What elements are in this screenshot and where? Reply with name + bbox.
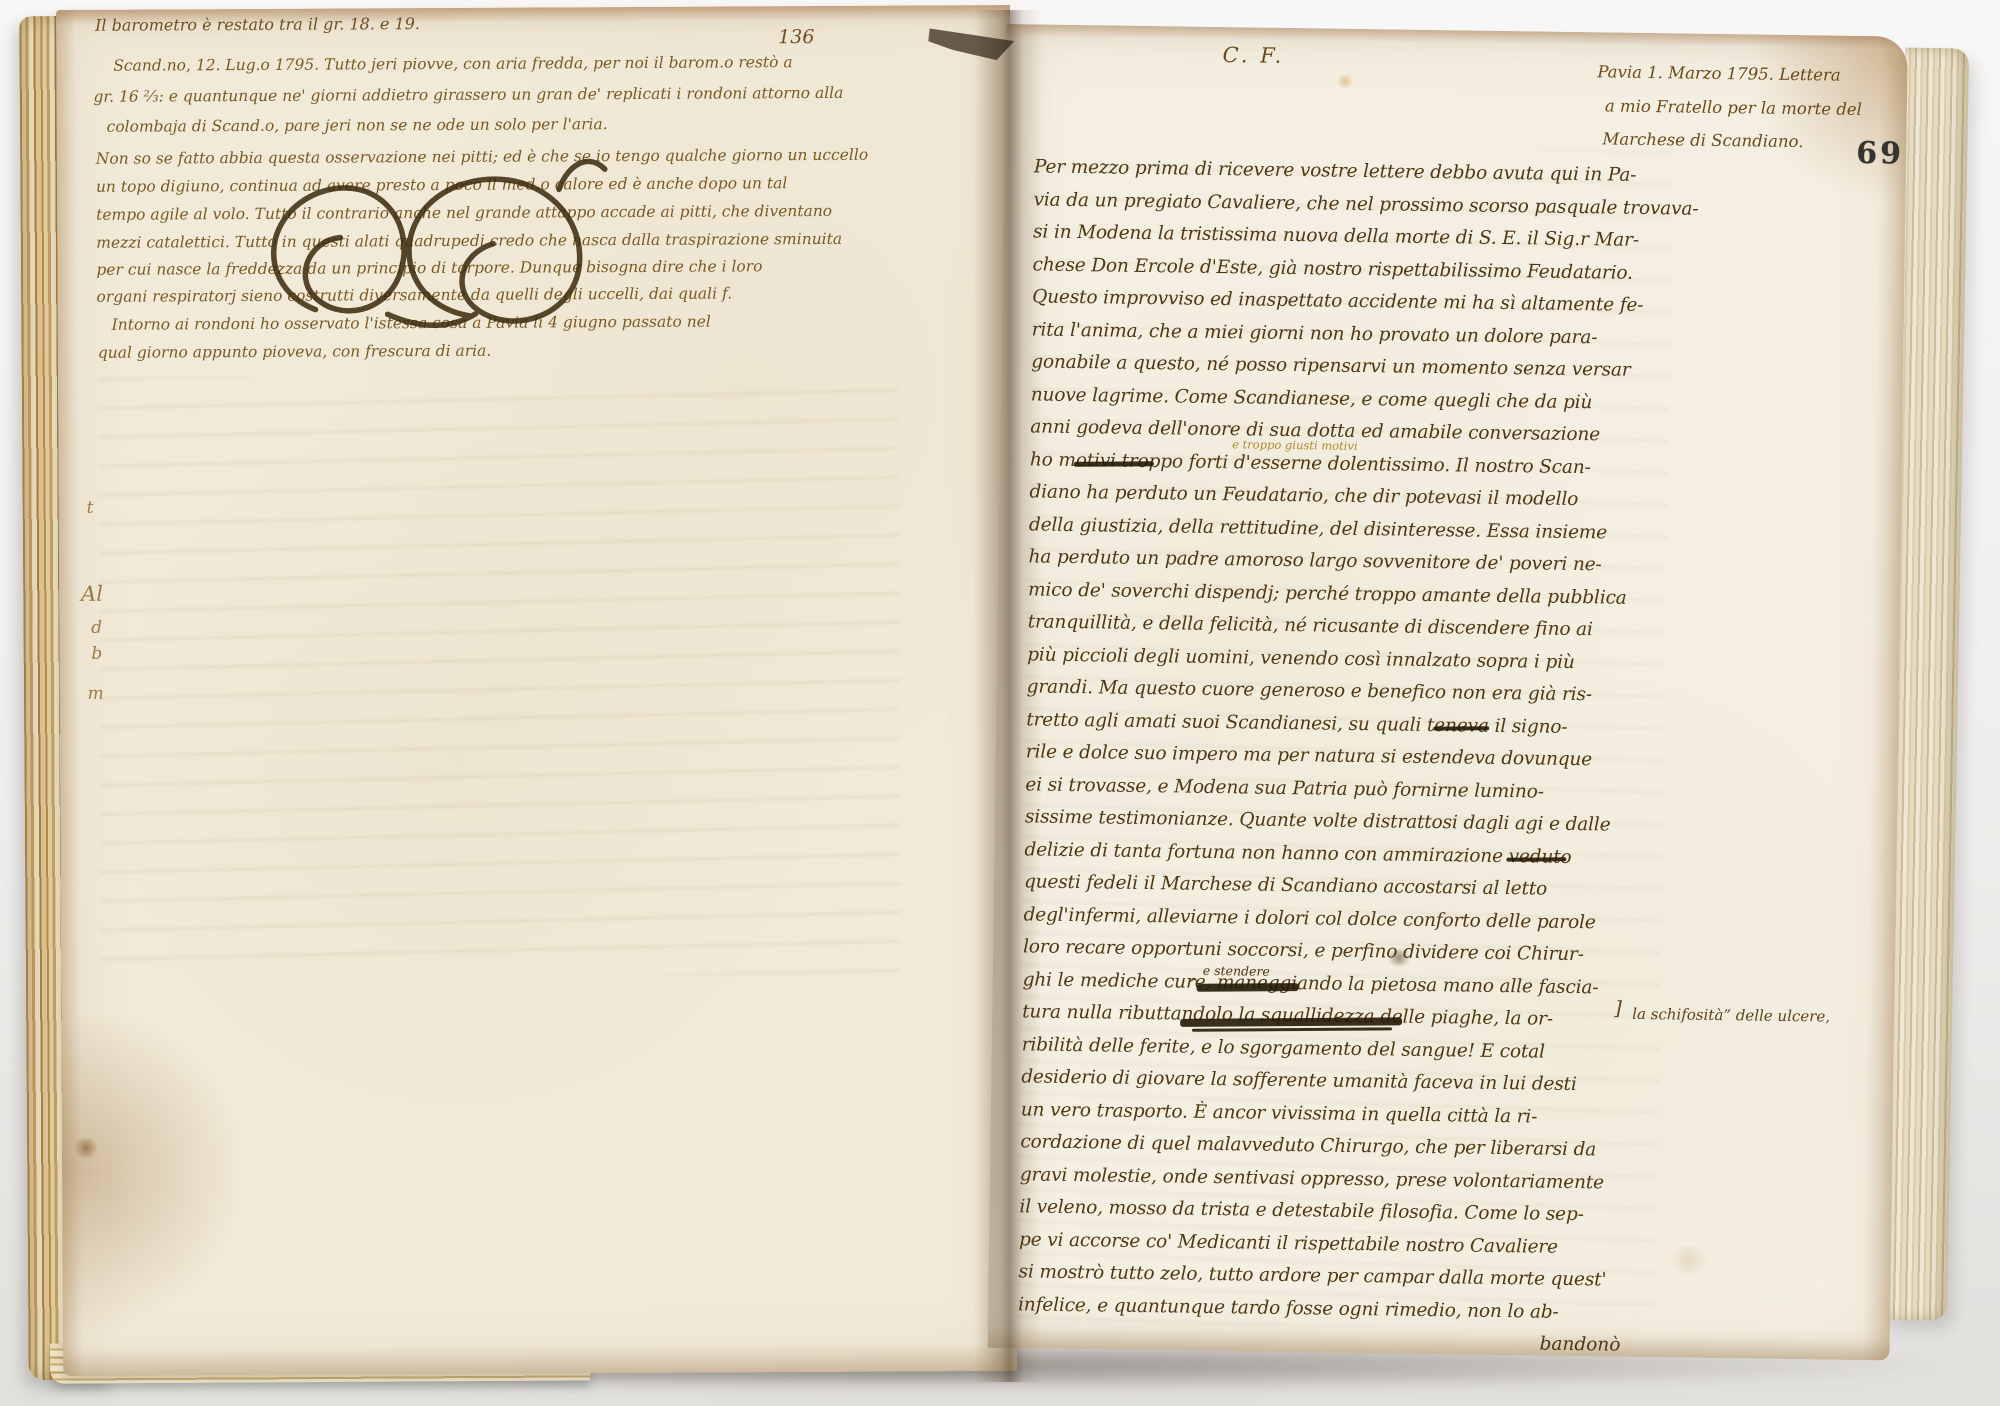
ink-strikethrough <box>1180 1017 1402 1027</box>
interlinear-insertion: e troppo giusti motivi <box>1232 437 1358 453</box>
edge-fragment: d <box>91 618 102 638</box>
catchword: bandonò <box>1539 1334 1620 1356</box>
edge-fragment: m <box>88 684 104 704</box>
margin-note-bracket: ] <box>1614 998 1622 1020</box>
margin-note: la schifosità” delle ulcere, <box>1632 1005 1830 1026</box>
manuscript-line: Scand.no, 12. Lug.o 1795. Tutto jeri pio… <box>113 53 792 75</box>
edge-fragment: t <box>87 498 94 518</box>
stain-spot <box>72 1138 100 1158</box>
chapter-heading: C. F. <box>1222 43 1284 68</box>
ink-strikethrough <box>1433 726 1489 730</box>
ink-strikethrough <box>1074 461 1154 467</box>
edge-fragment: b <box>91 644 102 664</box>
folio-stamp: 69 <box>1856 136 1904 172</box>
margin-heading-line: Marchese di Scandiano. <box>1602 129 1803 151</box>
stain-spot <box>1335 75 1355 88</box>
ink-bleedthrough <box>98 374 901 978</box>
manuscript-line: Il barometro è restato tra il gr. 18. e … <box>95 14 420 35</box>
ink-strikethrough <box>1197 983 1299 992</box>
margin-heading-line: Pavia 1. Marzo 1795. Lettera <box>1597 62 1841 84</box>
right-page: C. F. Pavia 1. Marzo 1795. Lettera a mio… <box>988 24 1908 1360</box>
photo-of-open-manuscript: Il barometro è restato tra il gr. 18. e … <box>0 0 2000 1406</box>
manuscript-line: colombaja di Scand.o, pare jeri non se n… <box>107 115 608 136</box>
foxing-spot <box>1667 1245 1711 1274</box>
ink-strikethrough <box>1506 857 1566 861</box>
left-page: Il barometro è restato tra il gr. 18. e … <box>56 5 1017 1376</box>
edge-fragment: Al <box>81 582 103 606</box>
folio-number: 136 <box>778 26 814 48</box>
ink-doodle <box>237 143 658 355</box>
manuscript-line: gr. 16 ⅔: e quantunque ne' giorni addiet… <box>93 84 843 106</box>
margin-heading-line: a mio Fratello per la morte del <box>1605 96 1862 119</box>
book-gutter-shadow <box>974 10 1042 1382</box>
